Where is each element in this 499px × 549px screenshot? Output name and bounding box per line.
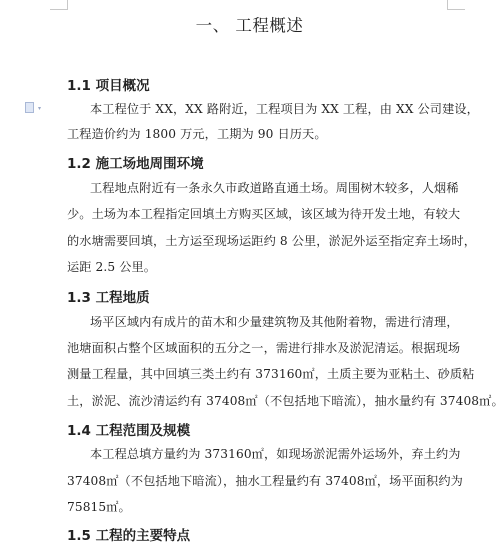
section-heading-1-3: 1.3 工程地质 (67, 286, 150, 306)
page-corner-mark-right (447, 0, 465, 10)
paragraph-line: 测量工程量，其中回填三类土约有 373160㎡，土质主要为亚粘土、砂质粘 (67, 365, 448, 382)
page-corner-mark-left (50, 0, 68, 10)
document-icon[interactable] (25, 102, 34, 113)
paragraph-line: 少。土场为本工程指定回填土方购买区域，该区域为待开发土地，有较大 (67, 205, 448, 222)
paragraph-line: 本工程位于 XX，XX 路附近，工程项目为 XX 工程，由 XX 公司建设， (90, 100, 448, 117)
section-heading-1-4: 1.4 工程范围及规模 (67, 419, 190, 439)
paragraph-line: 土，淤泥、流沙清运约有 37408㎡（不包括地下暗流），抽水量约有 37408㎡… (67, 392, 448, 409)
section-heading-1-1: 1.1 项目概况 (67, 74, 150, 94)
paragraph-line: 场平区域内有成片的苗木和少量建筑物及其他附着物，需进行清理， (90, 313, 448, 330)
paragraph-line: 工程造价约为 1800 万元，工期为 90 日历天。 (67, 125, 448, 142)
document-title: 一、 工程概述 (0, 12, 499, 36)
section-heading-1-5: 1.5 工程的主要特点 (67, 524, 190, 544)
section-heading-1-2: 1.2 施工场地周围环境 (67, 152, 204, 172)
paragraph-line: 池塘面积占整个区域面积的五分之一，需进行排水及淤泥清运。根据现场 (67, 339, 448, 356)
paragraph-line: 运距 2.5 公里。 (67, 258, 448, 275)
paragraph-line: 工程地点附近有一条永久市政道路直通土场。周围树木较多，人烟稀 (90, 179, 448, 196)
paragraph-line: 75815㎡。 (67, 498, 448, 515)
paragraph-line: 37408㎡（不包括地下暗流），抽水工程量约有 37408㎡，场平面积约为 (67, 472, 448, 489)
paragraph-line: 本工程总填方量约为 373160㎡，如现场淤泥需外运场外，弃土约为 (90, 445, 448, 462)
paragraph-line: 的水塘需要回填，土方运至现场运距约 8 公里，淤泥外运至指定弃土场时， (67, 232, 448, 249)
dropdown-arrow-icon[interactable]: ▾ (38, 105, 41, 112)
